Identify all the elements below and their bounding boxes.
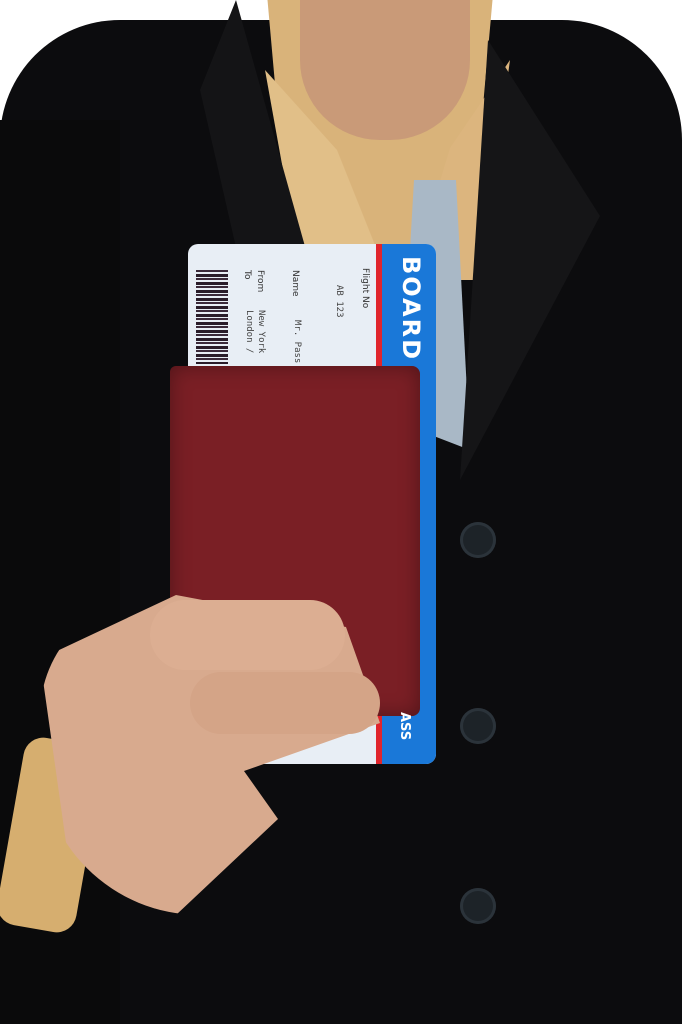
field-value: Mr. Pass xyxy=(292,320,302,363)
thumb xyxy=(150,600,345,670)
finger xyxy=(190,672,380,734)
barcode xyxy=(196,270,228,364)
field-label: To xyxy=(242,270,252,279)
jacket-button xyxy=(460,708,496,744)
field-value: AB 123 xyxy=(334,285,344,318)
field-label: Flight No xyxy=(360,268,370,308)
field-value: London / xyxy=(244,310,254,353)
field-label: Name xyxy=(290,270,300,297)
field-label: From xyxy=(255,270,265,292)
field-value: New York xyxy=(256,310,266,353)
boarding-pass-header: BOARD xyxy=(397,256,425,316)
boarding-pass-footer: ASS xyxy=(397,712,412,740)
photo-scene: BOARD Flight No AB 123 Name Mr. Pass Fro… xyxy=(0,0,682,1024)
jacket-button xyxy=(460,888,496,924)
jacket-button xyxy=(460,522,496,558)
